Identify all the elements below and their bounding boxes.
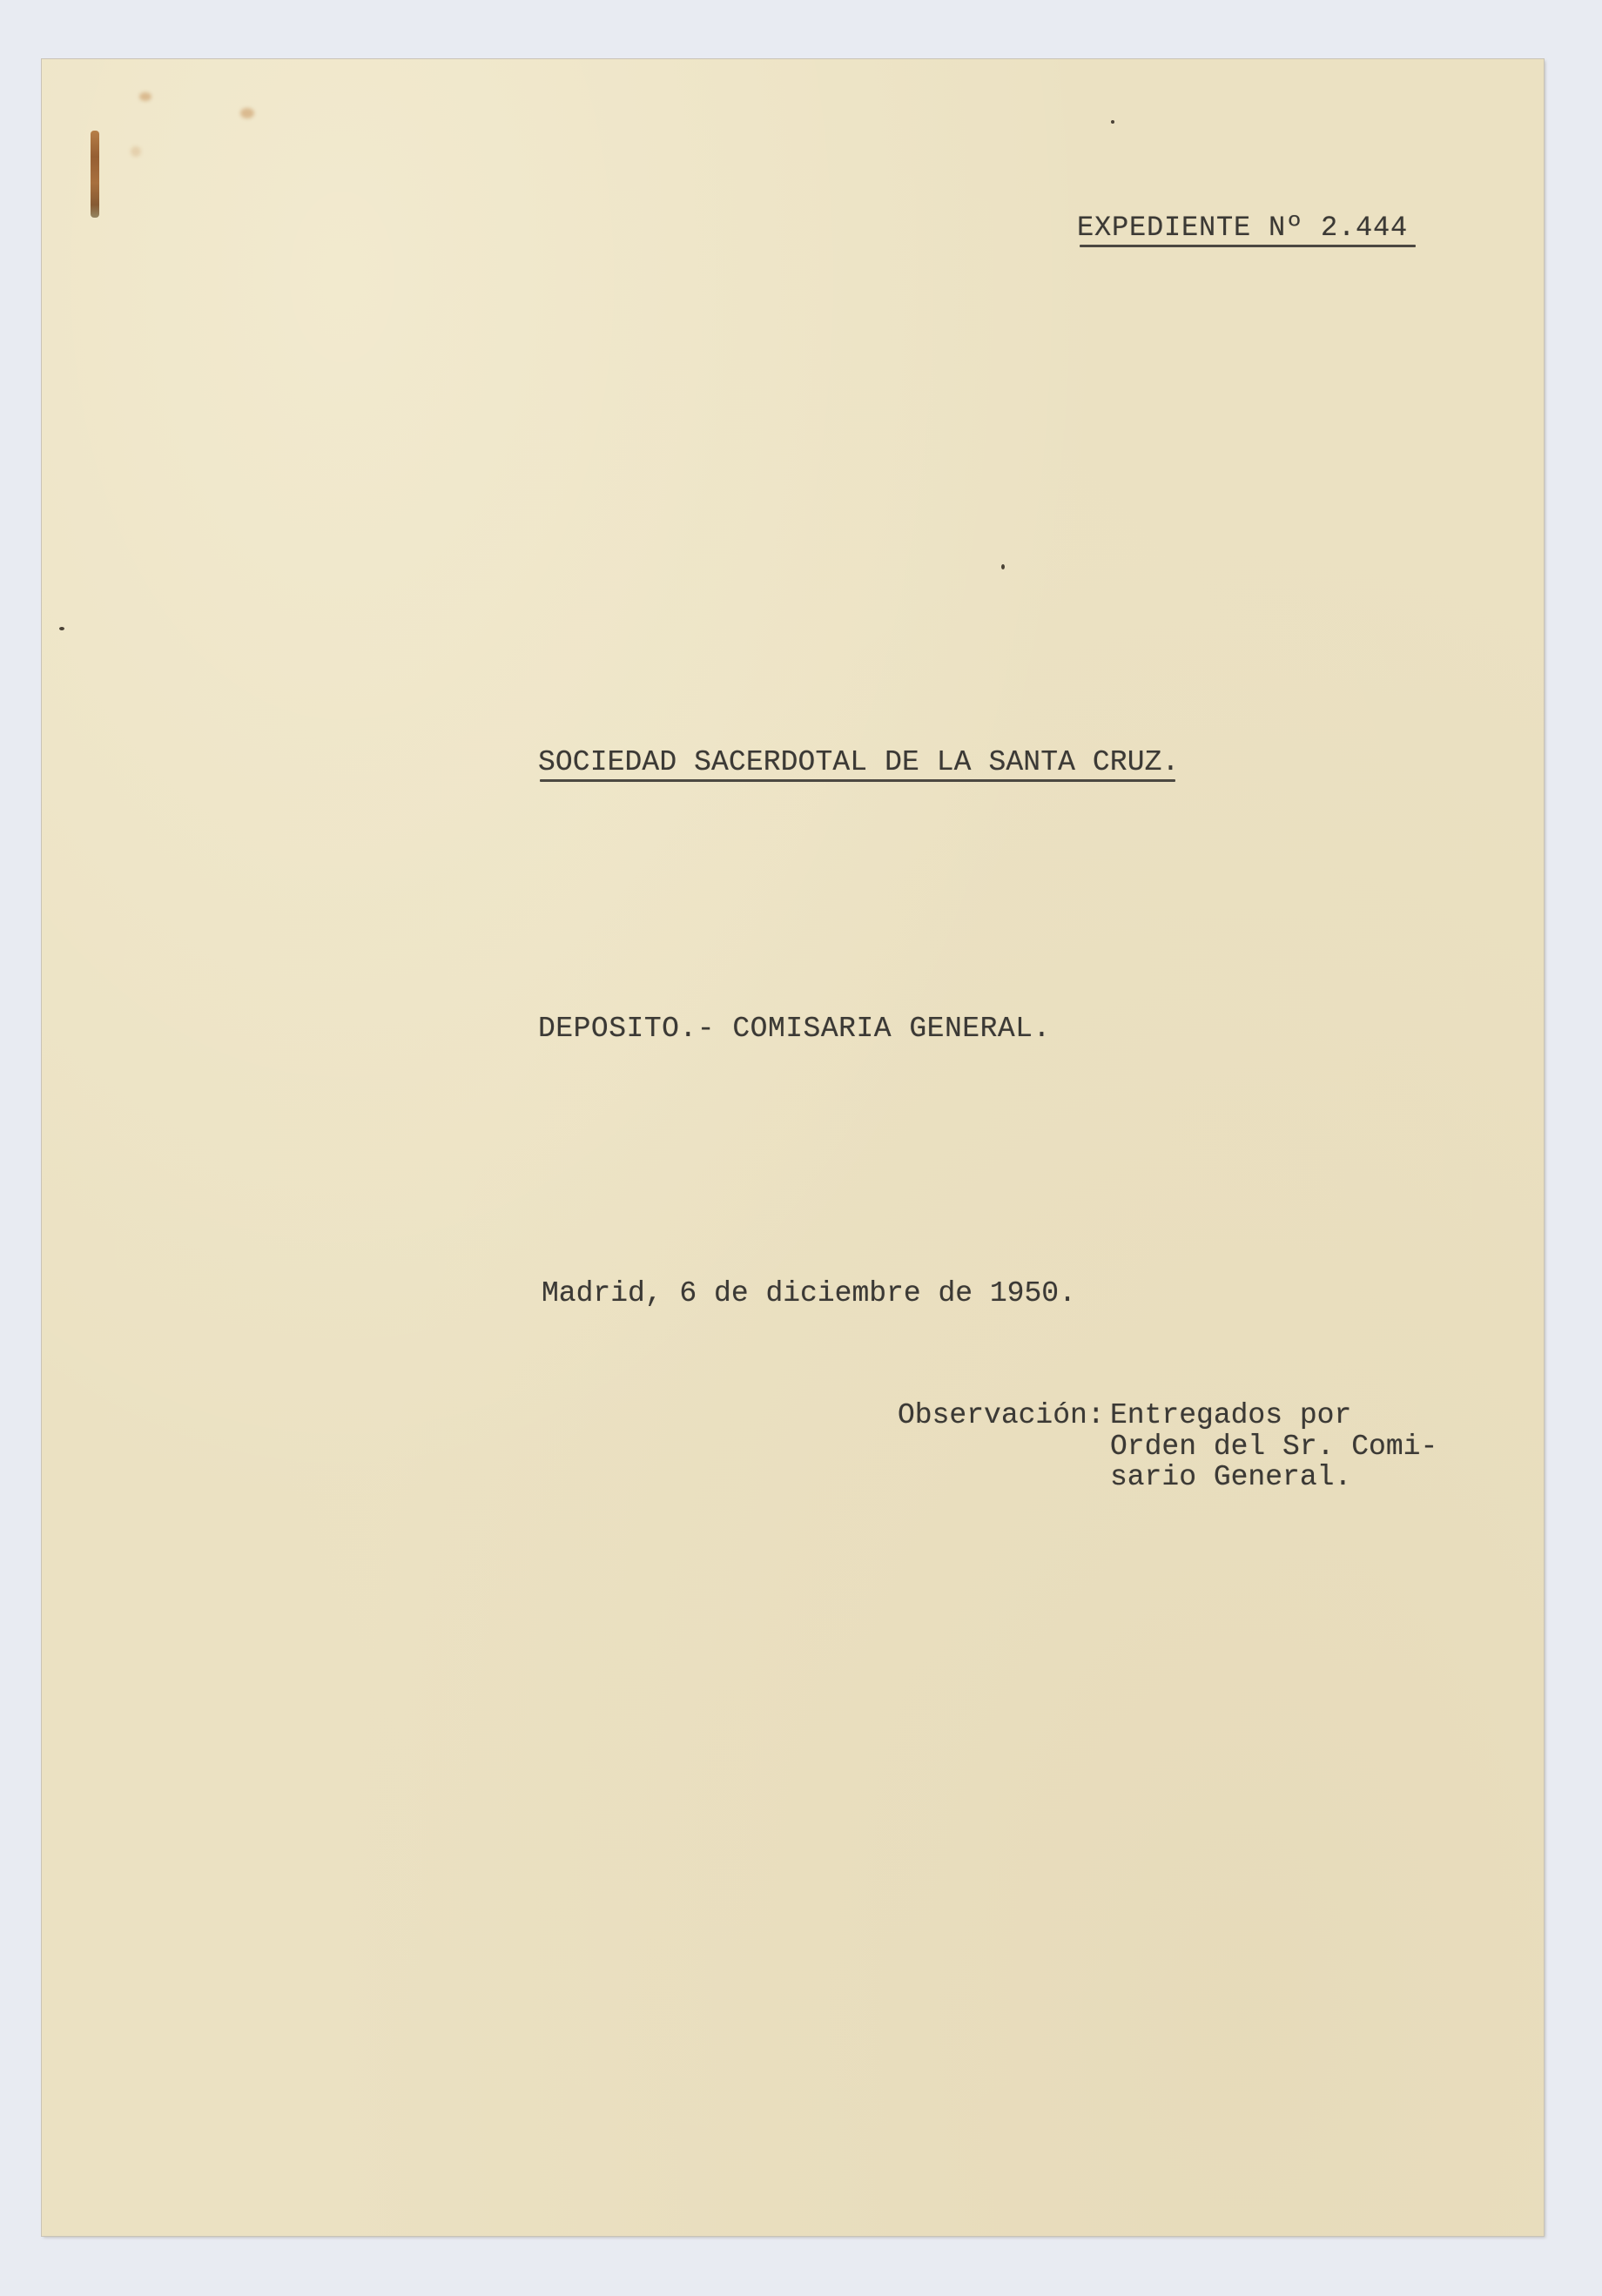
staple-rust-mark	[91, 131, 99, 218]
observation-line: sario General.	[1110, 1462, 1351, 1493]
paper-speck	[1111, 120, 1114, 124]
expediente-number: EXPEDIENTE Nº 2.444	[1077, 212, 1408, 244]
document-title: SOCIEDAD SACERDOTAL DE LA SANTA CRUZ.	[538, 747, 1179, 778]
paper-speck	[59, 627, 64, 630]
rust-stain	[139, 92, 151, 101]
title-underline	[540, 779, 1175, 782]
document-subtitle: DEPOSITO.- COMISARIA GENERAL.	[538, 1013, 1051, 1045]
rust-stain	[240, 108, 254, 118]
observation-line: Orden del Sr. Comi-	[1110, 1431, 1437, 1463]
observation-label: Observación:	[898, 1400, 1105, 1431]
paper-speck	[1001, 564, 1005, 569]
rust-stain	[131, 146, 141, 157]
document-page: EXPEDIENTE Nº 2.444 SOCIEDAD SACERDOTAL …	[42, 59, 1544, 2236]
dateline: Madrid, 6 de diciembre de 1950.	[542, 1278, 1076, 1310]
expediente-underline	[1080, 245, 1416, 247]
observation-line: Entregados por	[1110, 1400, 1351, 1431]
